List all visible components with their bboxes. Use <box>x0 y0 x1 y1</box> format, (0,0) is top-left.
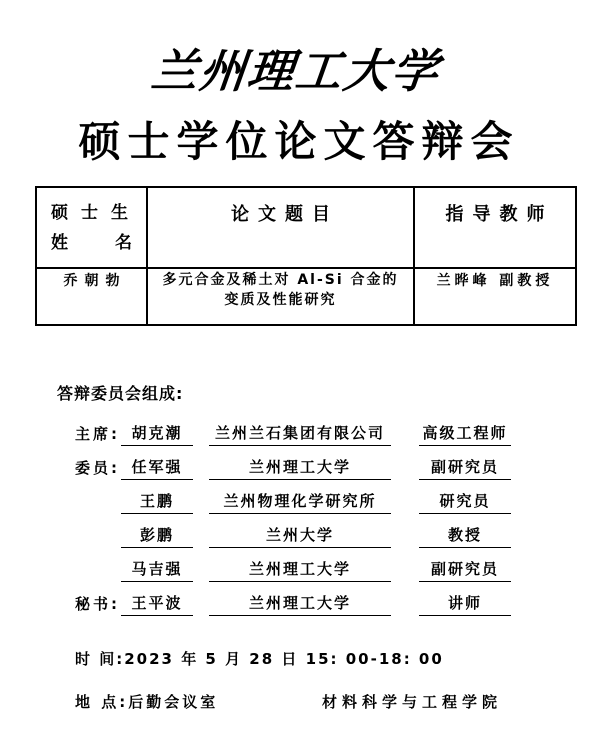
time-value: 2023 年 5 月 28 日 15: 00-18: 00 <box>124 650 444 668</box>
student-name: 乔朝勃 <box>38 270 145 290</box>
location-row: 地 点:后勤会议室 材料科学与工程学院 <box>0 691 591 713</box>
member-name: 任军强 <box>121 456 193 480</box>
advisor-name-title: 兰晔峰 副教授 <box>416 270 574 290</box>
cell-student-name: 乔朝勃 <box>36 268 147 325</box>
university-logo-calligraphy: 兰州理工大学 <box>0 34 591 108</box>
header-student-ming: 名 <box>115 228 132 258</box>
info-table-header-row: 硕士生 姓 名 论文题目 指导教师 <box>36 187 576 268</box>
committee-row: 彭鹏 兰州大学 教授 <box>0 514 591 548</box>
thesis-title-line2: 变质及性能研究 <box>149 290 412 310</box>
member-title: 副研究员 <box>419 456 511 480</box>
location-value: 后勤会议室 <box>128 693 218 711</box>
member-name: 王平波 <box>121 592 193 616</box>
document-title: 硕士学位论文答辩会 <box>0 114 591 170</box>
role-label <box>75 580 121 582</box>
member-title: 教授 <box>419 524 511 548</box>
location-label: 地 点: <box>75 693 128 711</box>
member-organization: 兰州理工大学 <box>209 592 391 616</box>
member-organization: 兰州理工大学 <box>209 456 391 480</box>
member-title: 讲师 <box>419 592 511 616</box>
committee-row: 主席: 胡克潮 兰州兰石集团有限公司 高级工程师 <box>0 412 591 446</box>
committee-row: 王鹏 兰州物理化学研究所 研究员 <box>0 480 591 514</box>
thesis-title-line1: 多元合金及稀土对 Al-Si 合金的 <box>149 270 412 290</box>
committee-heading: 答辩委员会组成: <box>57 381 183 404</box>
location-left: 地 点:后勤会议室 <box>75 691 218 712</box>
member-name: 彭鹏 <box>121 524 193 548</box>
member-name: 马吉强 <box>121 558 193 582</box>
role-label <box>75 546 121 548</box>
header-student-line2: 姓 名 <box>51 228 132 258</box>
header-thesis-title-cell: 论文题目 <box>147 187 414 268</box>
member-title: 研究员 <box>419 490 511 514</box>
cell-thesis-title: 多元合金及稀土对 Al-Si 合金的 变质及性能研究 <box>147 268 414 325</box>
member-title: 高级工程师 <box>419 422 511 446</box>
info-table: 硕士生 姓 名 论文题目 指导教师 乔朝勃 多元合金及稀土对 Al-Si 合金的… <box>35 186 577 326</box>
role-label: 主席: <box>75 423 121 446</box>
member-name: 王鹏 <box>121 490 193 514</box>
header-student-xing: 姓 <box>51 228 68 258</box>
member-title: 副研究员 <box>419 558 511 582</box>
role-label <box>75 512 121 514</box>
committee-row: 马吉强 兰州理工大学 副研究员 <box>0 548 591 582</box>
committee-row: 秘书: 王平波 兰州理工大学 讲师 <box>0 582 591 616</box>
member-organization: 兰州兰石集团有限公司 <box>209 422 391 446</box>
member-name: 胡克潮 <box>121 422 193 446</box>
committee-list: 主席: 胡克潮 兰州兰石集团有限公司 高级工程师 委员: 任军强 兰州理工大学 … <box>0 412 591 616</box>
role-label: 委员: <box>75 457 121 480</box>
department-name: 材料科学与工程学院 <box>322 691 502 712</box>
member-organization: 兰州大学 <box>209 524 391 548</box>
header-advisor-cell: 指导教师 <box>414 187 576 268</box>
time-label: 时 间: <box>75 650 124 668</box>
role-label: 秘书: <box>75 593 121 616</box>
member-organization: 兰州物理化学研究所 <box>209 490 391 514</box>
header-student-name-cell: 硕士生 姓 名 <box>36 187 147 268</box>
document-page: 兰州理工大学 硕士学位论文答辩会 硕士生 姓 名 论文题目 指导教师 乔朝勃 <box>0 0 591 749</box>
header-student-line1: 硕士生 <box>51 198 132 228</box>
info-table-data-row: 乔朝勃 多元合金及稀土对 Al-Si 合金的 变质及性能研究 兰晔峰 副教授 <box>36 268 576 325</box>
cell-advisor: 兰晔峰 副教授 <box>414 268 576 325</box>
time-row: 时 间:2023 年 5 月 28 日 15: 00-18: 00 <box>75 648 444 669</box>
member-organization: 兰州理工大学 <box>209 558 391 582</box>
committee-row: 委员: 任军强 兰州理工大学 副研究员 <box>0 446 591 480</box>
